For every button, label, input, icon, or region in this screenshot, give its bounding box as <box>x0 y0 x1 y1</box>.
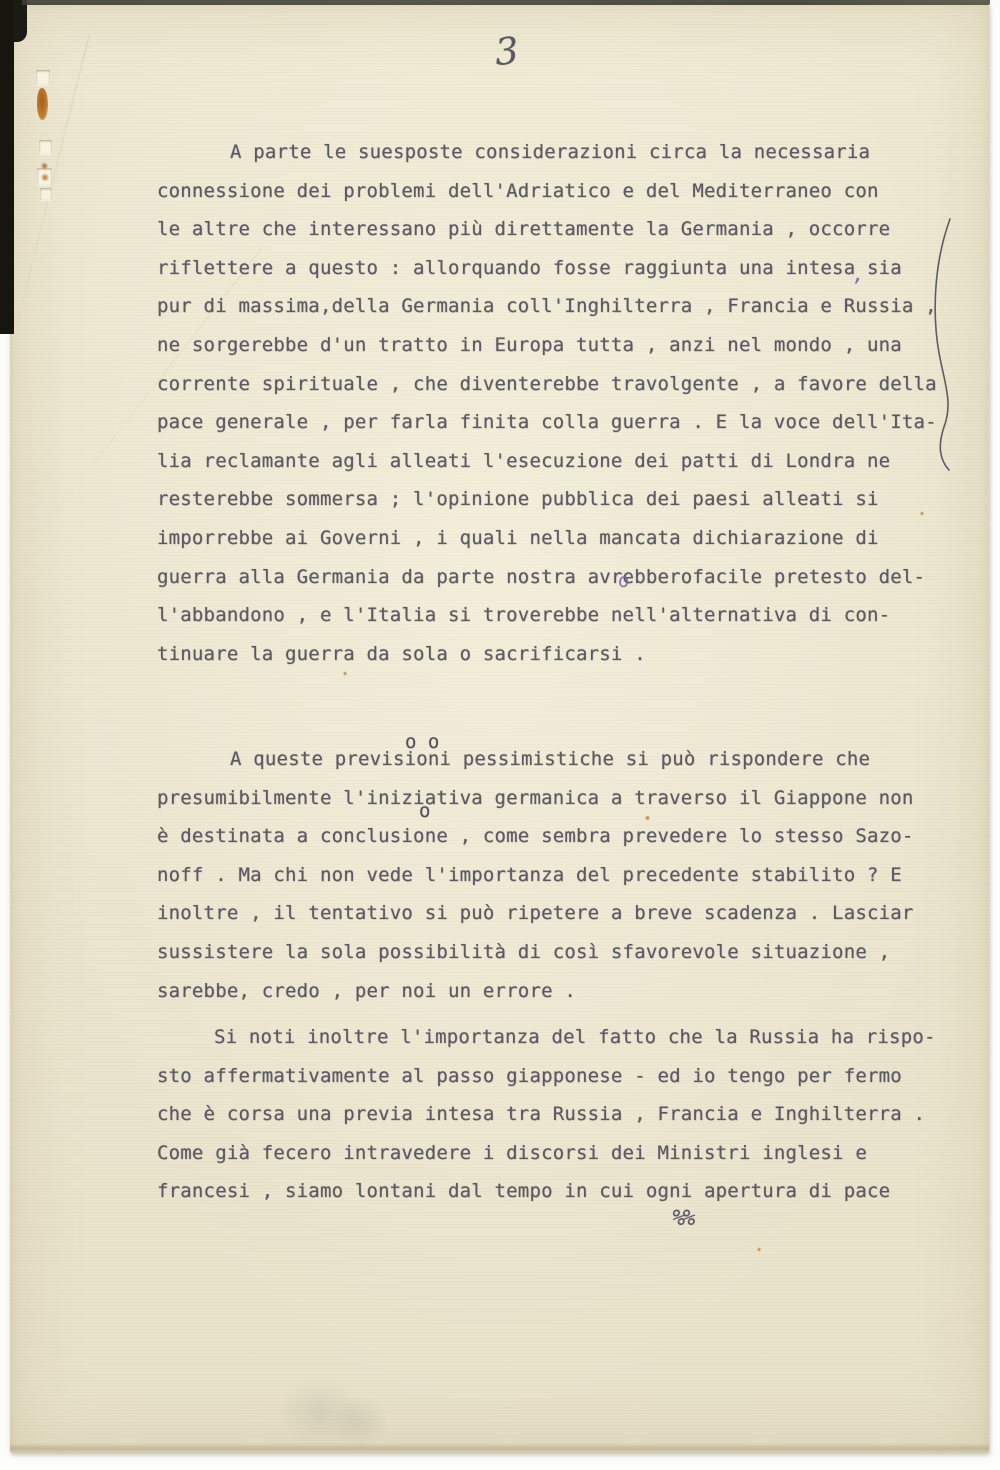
typed-line: inoltre , il tentativo si può ripetere a… <box>157 894 914 933</box>
typed-line: Si noti inoltre l'importanza del fatto c… <box>157 1018 936 1057</box>
typed-line: francesi , siamo lontani dal tempo in cu… <box>157 1172 936 1211</box>
typed-line: sarebbe, credo , per noi un errore . <box>157 972 914 1011</box>
typed-line: ne sorgerebbe d'un tratto in Europa tutt… <box>157 326 937 365</box>
typed-line: l'abbandono , e l'Italia si troverebbe n… <box>157 596 937 635</box>
scan-edge-top-line <box>22 0 990 5</box>
typed-line: A parte le suesposte considerazioni circ… <box>157 133 937 172</box>
typed-line: noff . Ma chi non vede l'importanza del … <box>157 856 914 895</box>
scan-edge-black-strip <box>0 0 14 334</box>
page-number: 3 <box>493 29 520 74</box>
paper-bottom-edge <box>10 1443 989 1453</box>
typed-line: guerra alla Germania da parte nostra avr… <box>157 558 937 597</box>
rust-stain <box>41 173 49 182</box>
typed-line: riflettere a questo : allorquando fosse … <box>157 249 937 288</box>
fastener-hole <box>40 188 52 200</box>
typed-line: lia reclamante agli alleati l'esecuzione… <box>157 442 937 481</box>
document-scan: { "page": { "number": "3", "paper_color"… <box>0 0 1000 1470</box>
typed-line: sussistere la sola possibilità di così s… <box>157 933 914 972</box>
foxing-speck <box>757 1247 761 1252</box>
typed-line: connessione dei problemi dell'Adriatico … <box>157 172 937 211</box>
typed-line: è destinata a conclusione , come sembra … <box>157 817 914 856</box>
ink-smudge <box>330 1395 390 1450</box>
margin-bracket-pen-mark <box>926 213 966 475</box>
typed-line: tinuare la guerra da sola o sacrificarsi… <box>157 635 937 674</box>
typed-line: resterebbe sommersa ; l'opinione pubblic… <box>157 480 937 519</box>
typed-line: Come già fecero intravedere i discorsi d… <box>157 1134 936 1173</box>
typed-line: pace generale , per farla finita colla g… <box>157 403 937 442</box>
footer-mark: %% <box>671 1206 694 1231</box>
typed-line: sto affermativamente al passo giapponese… <box>157 1057 936 1096</box>
paragraph-2: A queste previsioni pessimistiche si può… <box>157 740 914 1010</box>
fastener-hole <box>39 140 52 154</box>
typed-line: imporrebbe ai Governi , i quali nella ma… <box>157 519 937 558</box>
fastener-hole <box>36 70 50 85</box>
typed-line: che è corsa una previa intesa tra Russia… <box>157 1095 936 1134</box>
typed-line: A queste previsioni pessimistiche si può… <box>157 740 914 779</box>
typed-line: pur di massima,della Germania coll'Inghi… <box>157 287 937 326</box>
rust-stain <box>37 88 48 120</box>
typed-line: presumibilmente l'iniziativa germanica a… <box>157 779 914 818</box>
paragraph-3: Si noti inoltre l'importanza del fatto c… <box>157 1018 936 1211</box>
paragraph-1: A parte le suesposte considerazioni circ… <box>157 133 937 673</box>
pen-correction-letter: o <box>617 569 631 592</box>
rust-stain <box>41 162 48 170</box>
typed-line: le altre che interessano più direttament… <box>157 210 937 249</box>
typed-line: corrente spirituale , che diventerebbe t… <box>157 365 937 404</box>
